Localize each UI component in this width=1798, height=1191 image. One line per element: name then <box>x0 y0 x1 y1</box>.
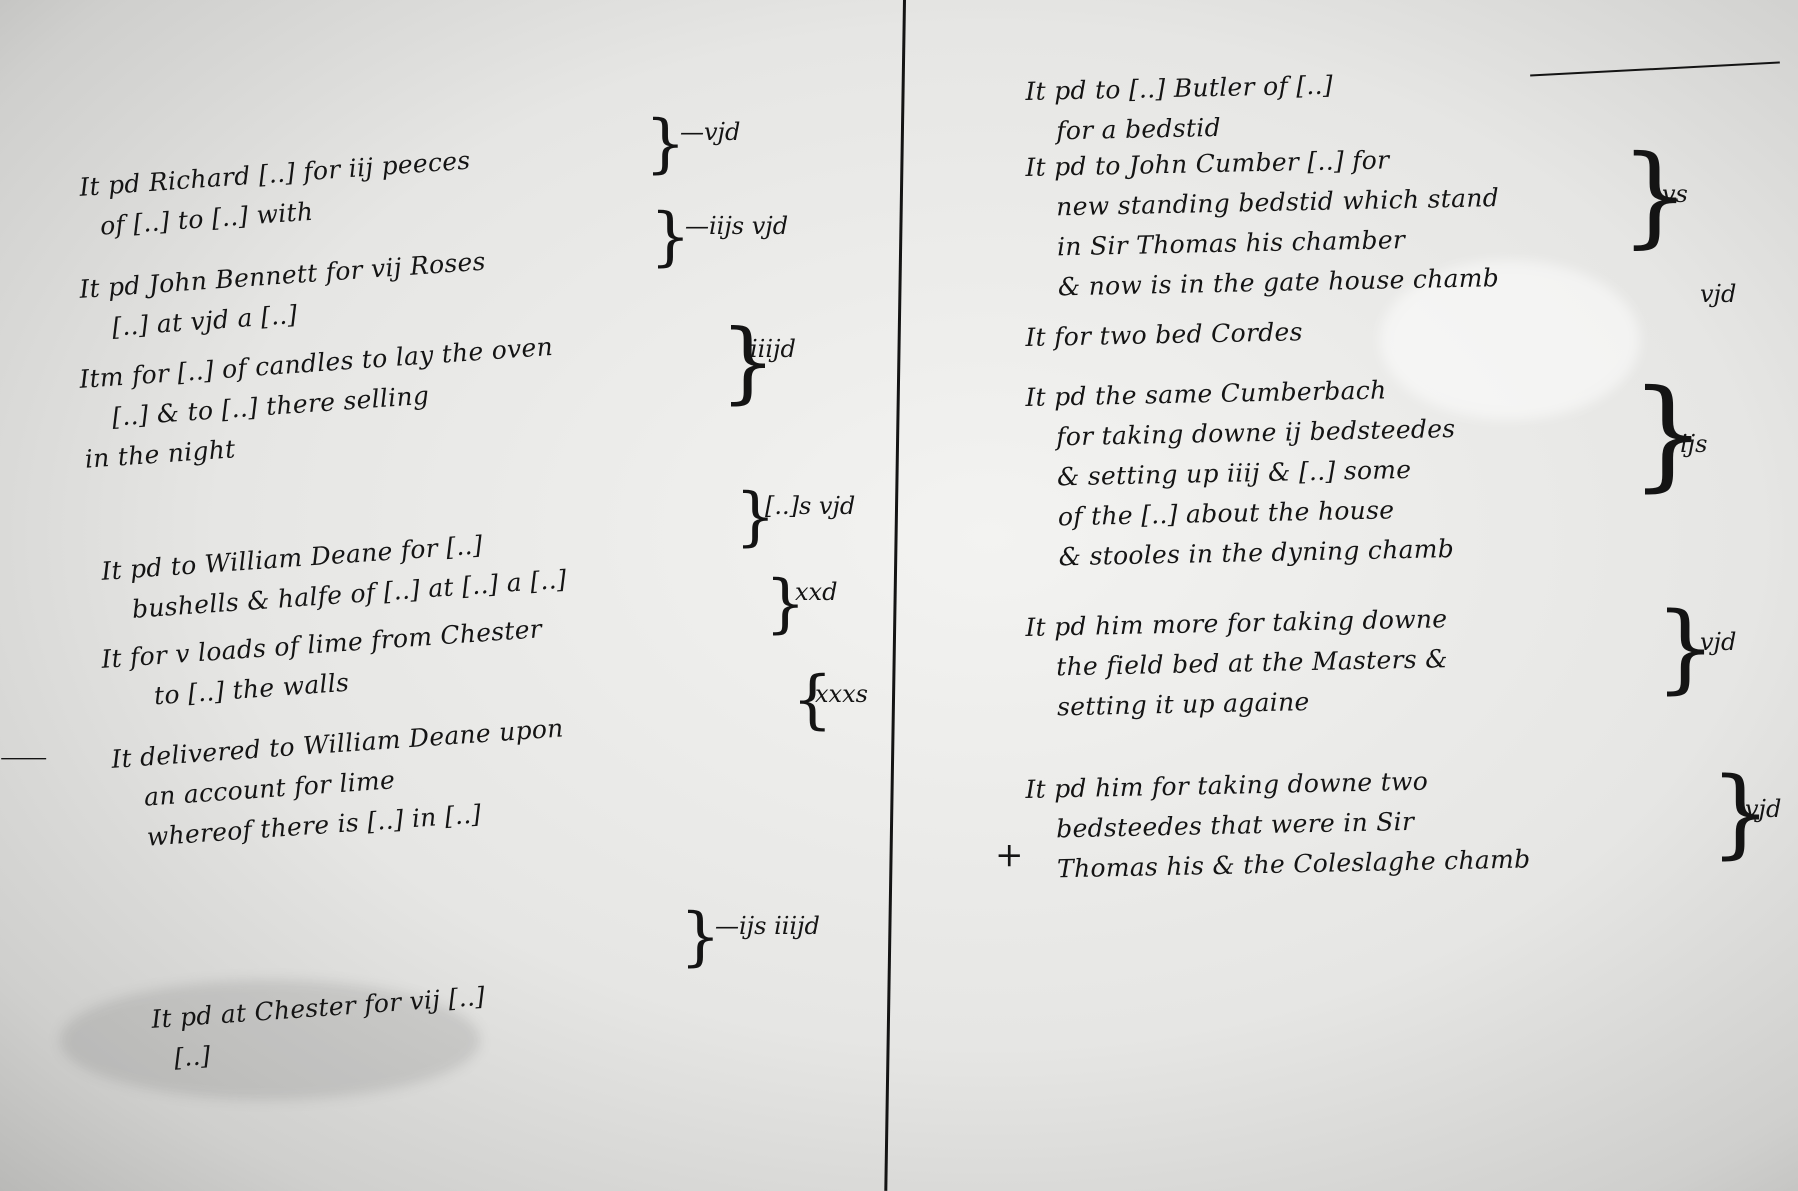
entry-left-2: It pd John Bennett for vij Roses [..] at… <box>78 242 490 350</box>
entry-amount: [..]s vjd <box>765 492 855 520</box>
cross-mark-icon: + <box>995 835 1024 875</box>
entry-right-2: It pd to John Cumber [..] for new standi… <box>1025 138 1501 308</box>
entry-line: It pd to [..] Butler of [..] <box>1025 66 1333 112</box>
entry-left-3: Itm for [..] of candles to lay the oven … <box>78 327 560 480</box>
entry-amount: —iijs vjd <box>685 212 788 240</box>
entry-left-7: It pd at Chester for vij [..] [..] <box>150 977 489 1080</box>
entry-amount: ijs <box>1680 430 1707 458</box>
entry-line: & stooles in the dyning chamb <box>1028 529 1458 578</box>
entry-amount: —vjd <box>680 118 740 146</box>
entry-amount: vjd <box>1700 280 1736 308</box>
entry-left-6: It delivered to William Deane upon an ac… <box>110 708 570 859</box>
entry-amount: xxd <box>795 578 837 606</box>
entry-amount: iiijd <box>750 335 796 363</box>
entry-amount: vs <box>1662 180 1688 208</box>
entry-line: & now is in the gate house chamb <box>1028 258 1502 308</box>
left-page: It pd Richard [..] for iij peeces of [..… <box>0 0 900 1191</box>
entry-right-4: It pd the same Cumberbach for taking dow… <box>1025 369 1458 578</box>
manuscript-spread: It pd Richard [..] for iij peeces of [..… <box>0 0 1798 1191</box>
entry-right-3: It for two bed Cordes <box>1025 312 1303 358</box>
entry-line: It for two bed Cordes <box>1025 312 1303 358</box>
entry-amount: —ijs iiijd <box>715 912 820 940</box>
entry-amount: vjd <box>1745 795 1781 823</box>
entry-amount: vjd <box>1700 628 1736 656</box>
entry-right-5: It pd him more for taking downe the fiel… <box>1025 599 1449 728</box>
entry-right-6: It pd him for taking downe two bedsteede… <box>1025 759 1531 890</box>
entry-right-1: It pd to [..] Butler of [..] for a bedst… <box>1025 66 1334 152</box>
rule-line <box>1530 61 1780 76</box>
right-page: It pd to [..] Butler of [..] for a bedst… <box>910 0 1798 1191</box>
margin-dash-icon: ⸺ <box>0 735 47 775</box>
entry-amount: xxxs <box>815 680 868 708</box>
entry-left-1: It pd Richard [..] for iij peeces of [..… <box>78 141 475 248</box>
entry-line: setting it up againe <box>1027 679 1450 728</box>
